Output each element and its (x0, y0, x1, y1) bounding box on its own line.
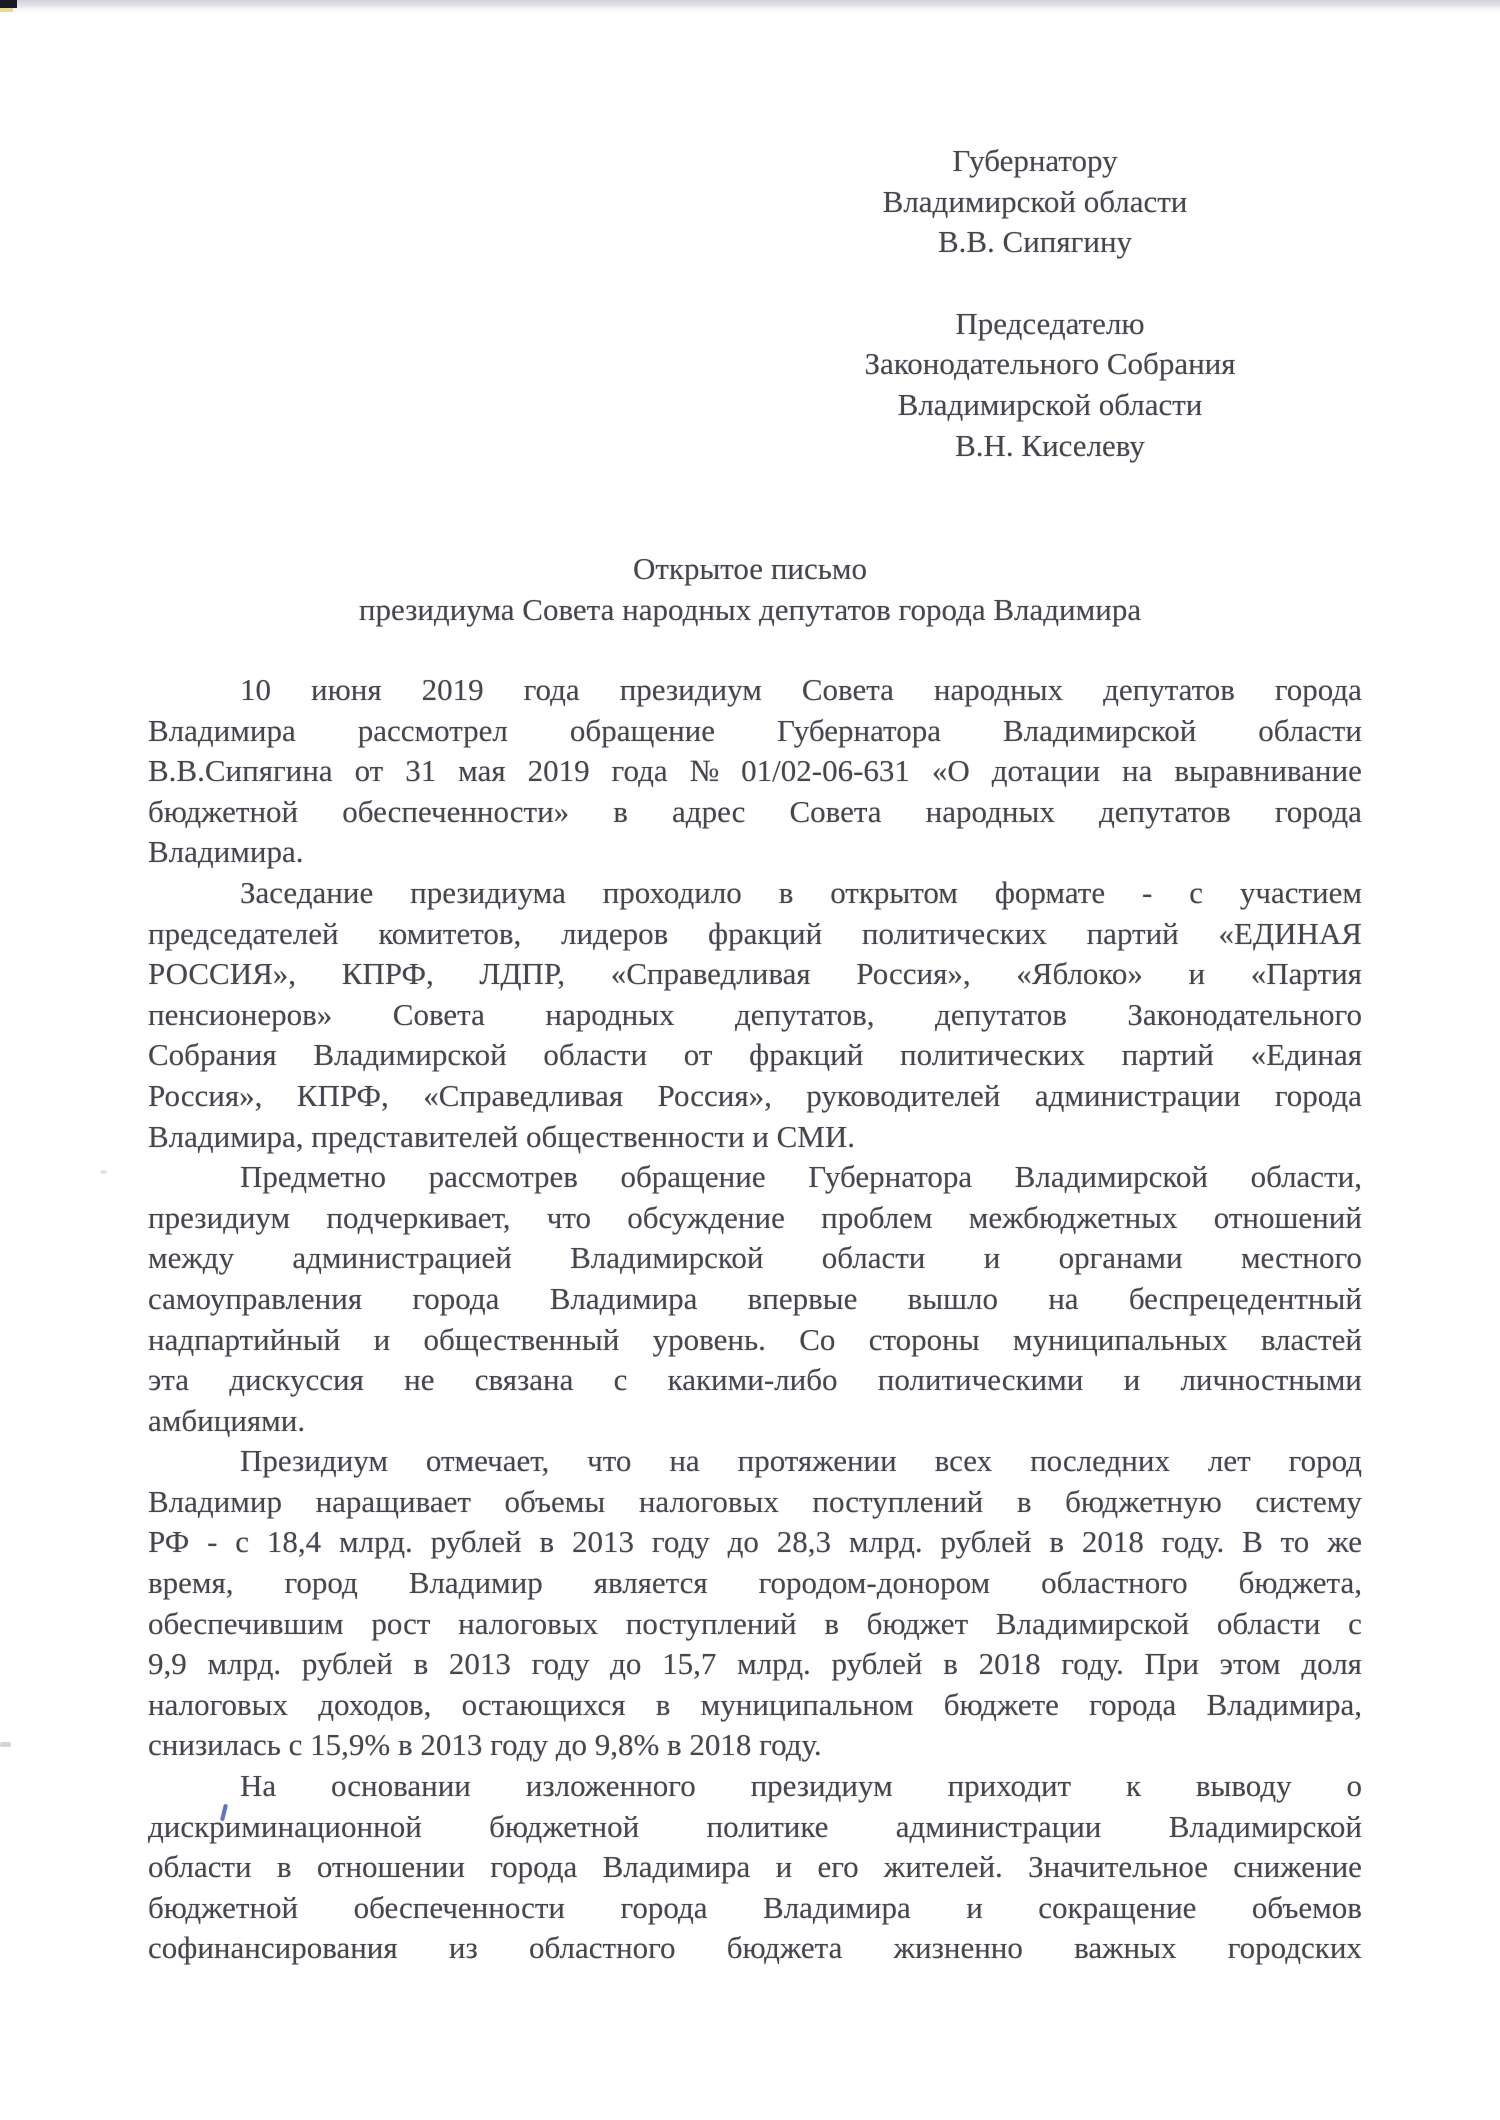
paragraph: Наоснованииизложенногопрезидиумприходитк… (148, 1766, 1362, 1969)
body-line: самоуправлениягородаВладимиравпервыевышл… (148, 1279, 1362, 1320)
paragraph: ПредметнорассмотревобращениеГубернатораВ… (148, 1157, 1362, 1441)
body-line: междуадминистрациейВладимирскойобластиио… (148, 1238, 1362, 1279)
body-line: президиумподчеркивает,чтообсуждениепробл… (148, 1198, 1362, 1239)
scan-speck-artifact (100, 1170, 107, 1174)
recipient-line: Владимирской области (815, 182, 1255, 223)
body-line: надпартийныйиобщественныйуровень.Состоро… (148, 1320, 1362, 1361)
body-line: этадискуссиянесвязанаскакими-либополитич… (148, 1360, 1362, 1401)
scan-corner-mark-yellow (0, 8, 13, 12)
scanned-letter-page: ГубернаторуВладимирской областиВ.В. Сипя… (0, 0, 1500, 2120)
body-line: обеспечившимростналоговыхпоступленийвбюд… (148, 1604, 1362, 1645)
recipient-line: В.В. Сипягину (815, 222, 1255, 263)
body-line: РФ-с18,4млрд.рублейв2013годудо28,3млрд.р… (148, 1522, 1362, 1563)
body-line: В.В.Сипягинаот31мая2019года№01/02-06-631… (148, 751, 1362, 792)
letter-body: 10июня2019годапрезидиумСоветанародныхдеп… (148, 670, 1362, 1969)
recipient-line: Председателю (845, 304, 1255, 345)
letter-title-line: президиума Совета народных депутатов гор… (0, 590, 1500, 631)
body-line: областивотношениигородаВладимираиегожите… (148, 1847, 1362, 1888)
scan-left-edge-mark (0, 1742, 11, 1747)
scan-edge-artifact (0, 0, 1500, 12)
body-line: Президиумотмечает,чтонапротяжениивсехпос… (148, 1441, 1362, 1482)
paragraph: 10июня2019годапрезидиумСоветанародныхдеп… (148, 670, 1362, 873)
body-line: софинансированияизобластногобюджетажизне… (148, 1928, 1362, 1969)
body-line: Наоснованииизложенногопрезидиумприходитк… (148, 1766, 1362, 1807)
body-line: дискриминационнойбюджетнойполитикеадмини… (148, 1807, 1362, 1848)
recipient-group: ГубернаторуВладимирской областиВ.В. Сипя… (815, 141, 1255, 263)
body-line: пенсионеров»Советанародныхдепутатов,депу… (148, 995, 1362, 1036)
recipient-block: ГубернаторуВладимирской областиВ.В. Сипя… (815, 141, 1255, 466)
letter-title-line: Открытое письмо (0, 549, 1500, 590)
body-line: РОССИЯ»,КПРФ,ЛДПР,«СправедливаяРоссия»,«… (148, 954, 1362, 995)
recipient-line: Владимирской области (845, 385, 1255, 426)
body-line: 9,9млрд.рублейв2013годудо15,7млрд.рублей… (148, 1644, 1362, 1685)
body-line: Владимирнаращиваетобъемыналоговыхпоступл… (148, 1482, 1362, 1523)
recipient-group: ПредседателюЗаконодательного СобранияВла… (845, 304, 1255, 466)
body-line: Россия»,КПРФ,«СправедливаяРоссия»,руково… (148, 1076, 1362, 1117)
letter-title: Открытое письмо президиума Совета народн… (0, 549, 1500, 630)
body-line: Владимира. (148, 832, 1362, 873)
body-line: председателейкомитетов,лидеровфракцийпол… (148, 914, 1362, 955)
body-line: Владимира, представителей общественности… (148, 1117, 1362, 1158)
paragraph: Президиумотмечает,чтонапротяжениивсехпос… (148, 1441, 1362, 1766)
recipient-line: Законодательного Собрания (845, 344, 1255, 385)
recipient-line: Губернатору (815, 141, 1255, 182)
body-line: бюджетнойобеспеченности»вадресСоветанаро… (148, 792, 1362, 833)
body-line: бюджетнойобеспеченностигородаВладимираис… (148, 1888, 1362, 1929)
body-line: ВладимирарассмотрелобращениеГубернатораВ… (148, 711, 1362, 752)
body-line: 10июня2019годапрезидиумСоветанародныхдеп… (148, 670, 1362, 711)
body-line: Заседаниепрезидиумапроходиловоткрытомфор… (148, 873, 1362, 914)
body-line: амбициями. (148, 1401, 1362, 1442)
body-line: снизилась с 15,9% в 2013 году до 9,8% в … (148, 1725, 1362, 1766)
body-line: СобранияВладимирскойобластиотфракцийполи… (148, 1035, 1362, 1076)
body-line: время,городВладимирявляетсягородом-донор… (148, 1563, 1362, 1604)
body-line: налоговыхдоходов,остающихсявмуниципально… (148, 1685, 1362, 1726)
paragraph: Заседаниепрезидиумапроходиловоткрытомфор… (148, 873, 1362, 1157)
body-line: ПредметнорассмотревобращениеГубернатораВ… (148, 1157, 1362, 1198)
scan-corner-mark-icon (0, 0, 17, 8)
recipient-line: В.Н. Киселеву (845, 426, 1255, 467)
